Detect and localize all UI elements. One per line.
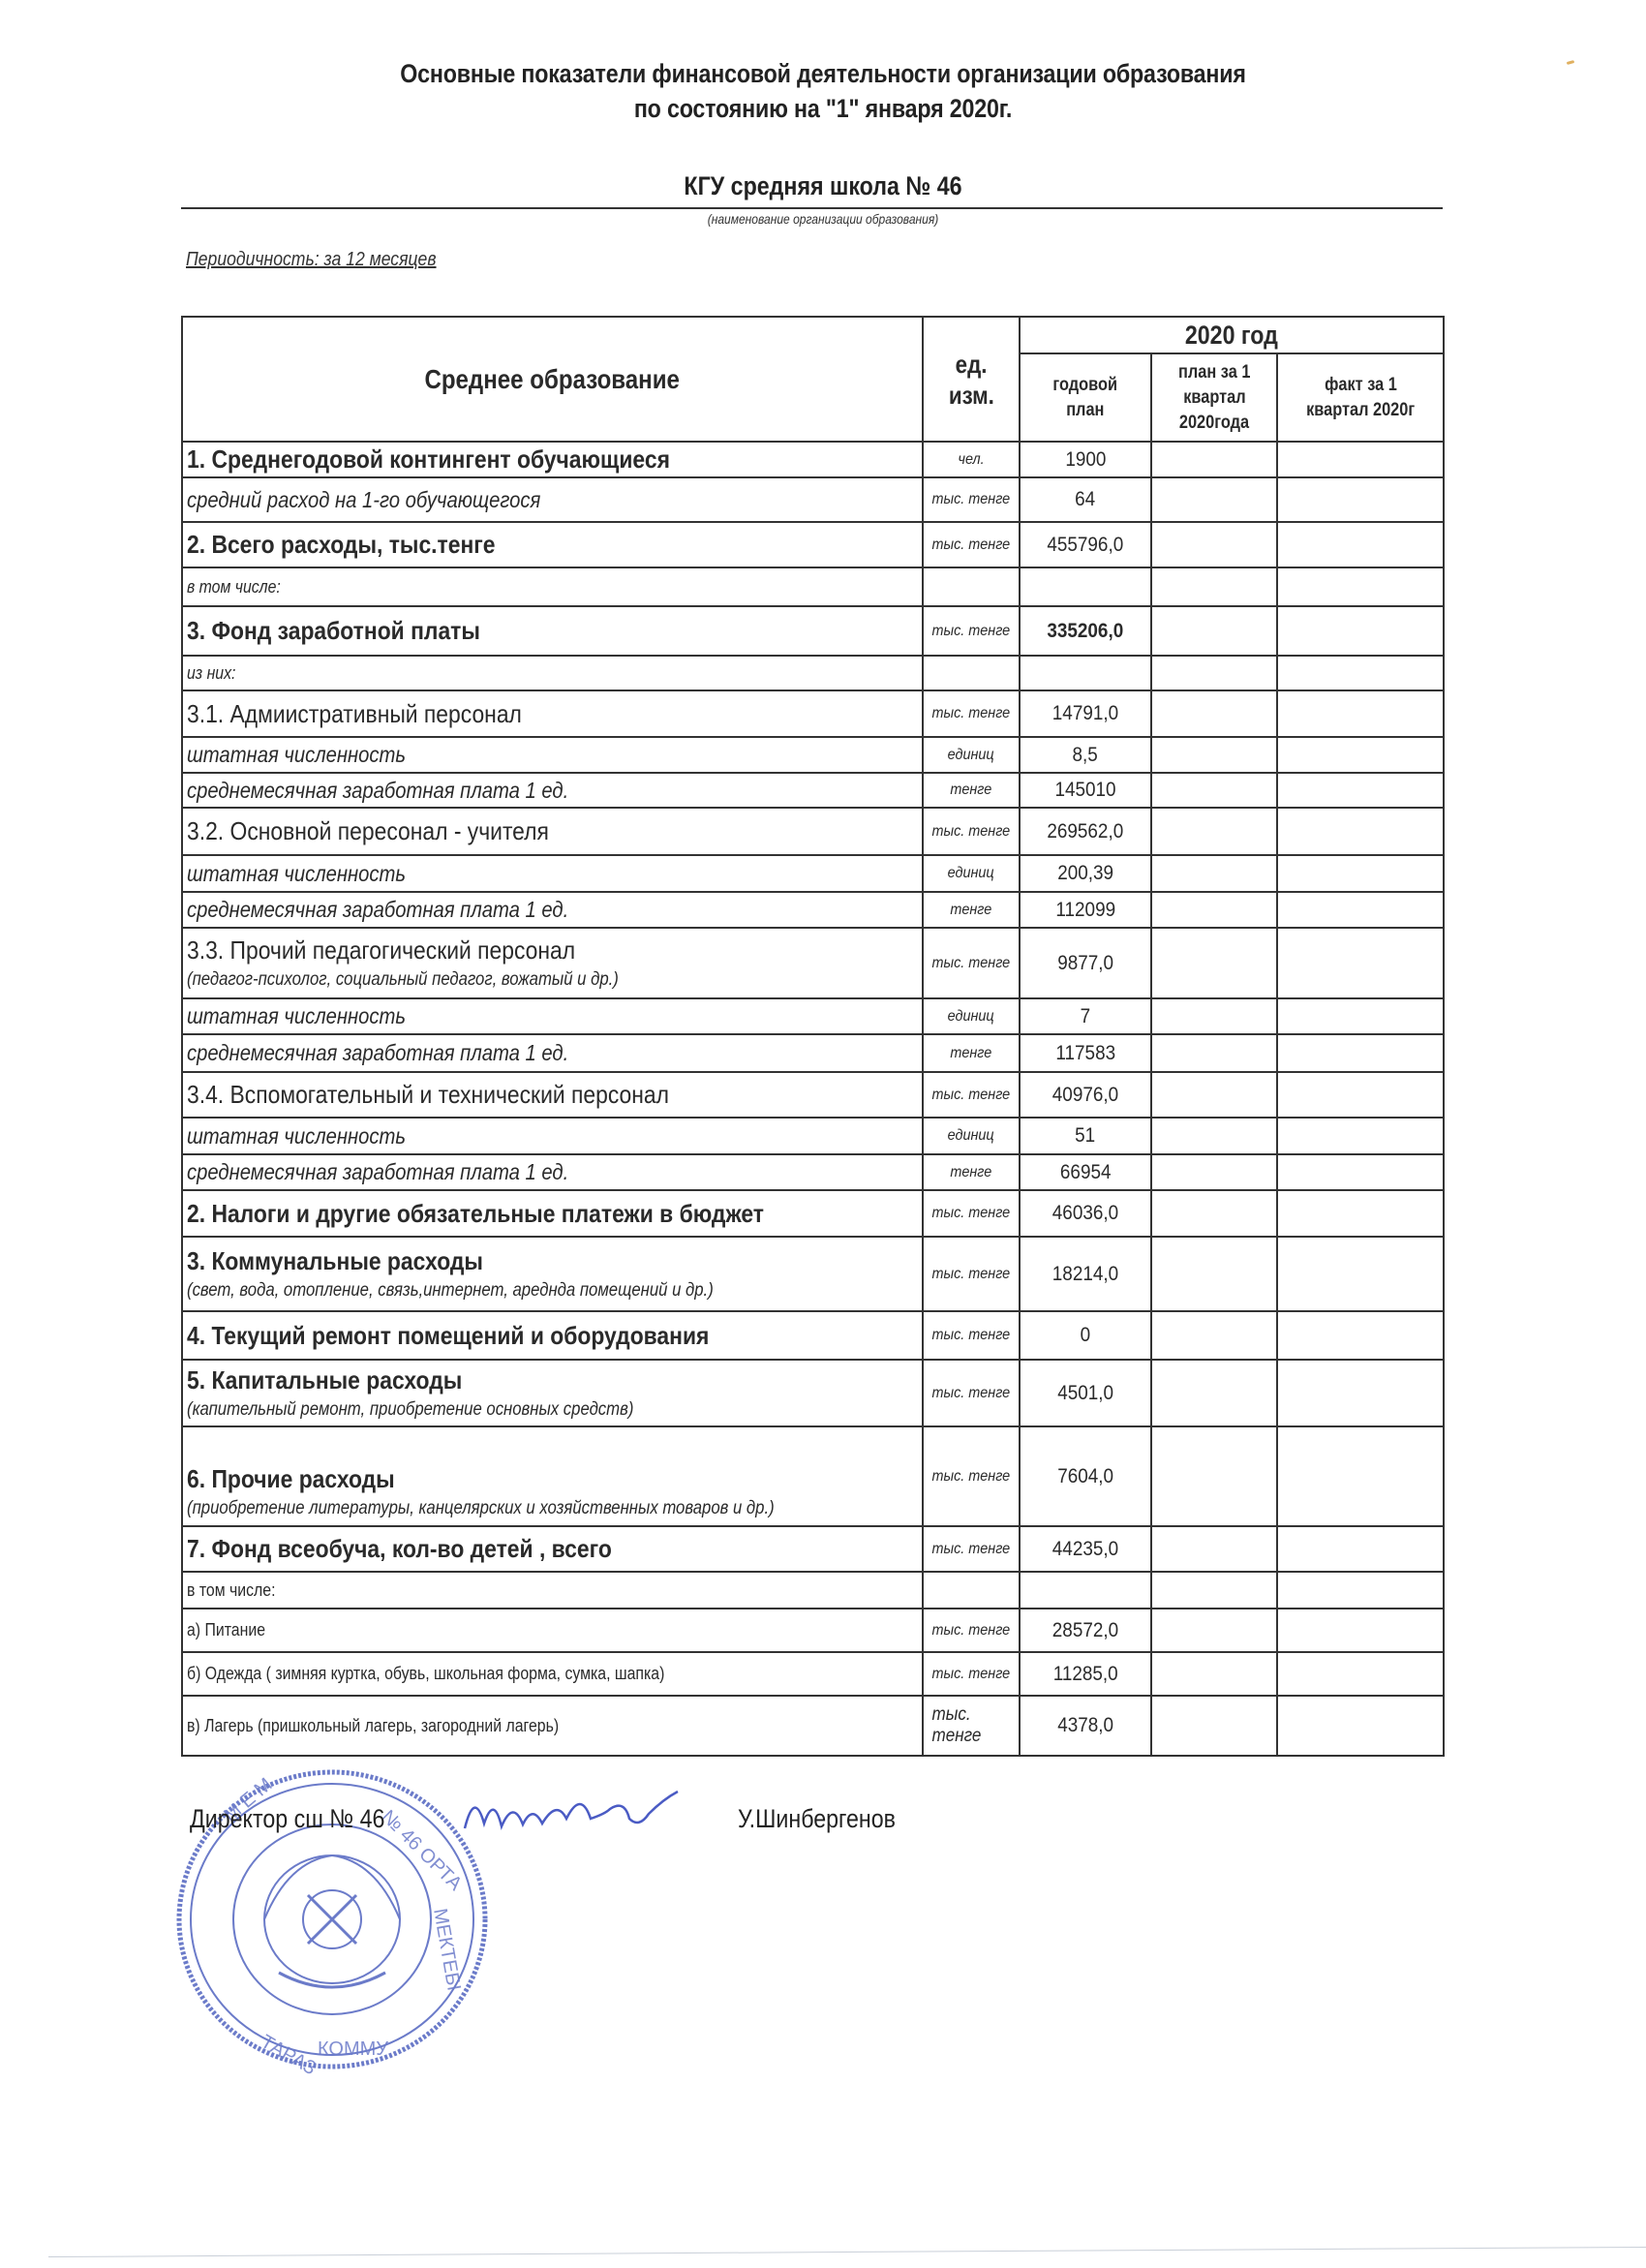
row-annual-plan: 0: [1020, 1311, 1151, 1360]
row-unit: тыс. тенге: [923, 928, 1020, 998]
table-row: 7. Фонд всеобуча, кол-во детей , всеготы…: [182, 1526, 1444, 1572]
row-unit: [923, 656, 1020, 690]
row-label: 3.1. Адмиистративный персонал: [187, 699, 522, 729]
row-name: 4. Текущий ремонт помещений и оборудован…: [182, 1311, 923, 1360]
row-label: б) Одежда ( зимняя куртка, обувь, школьн…: [187, 1664, 664, 1684]
row-annual-plan: 7604,0: [1020, 1426, 1151, 1526]
row-annual-plan: 9877,0: [1020, 928, 1151, 998]
row-q1-fact: [1277, 998, 1444, 1034]
row-name: 3.2. Основной пересонал - учителя: [182, 808, 923, 855]
row-unit: тыс. тенге: [923, 1237, 1020, 1311]
table-row: среднемесячная заработная плата 1 ед.тен…: [182, 773, 1444, 808]
row-unit: единиц: [923, 1118, 1020, 1154]
row-q1-fact: [1277, 567, 1444, 606]
table-row: 1. Среднегодовой контингент обучающиесяч…: [182, 442, 1444, 477]
row-label: в том числе:: [187, 1580, 275, 1601]
row-q1-plan: [1151, 690, 1277, 737]
row-q1-plan: [1151, 1360, 1277, 1426]
row-unit: тыс. тенге: [923, 1072, 1020, 1118]
row-name: среднемесячная заработная плата 1 ед.: [182, 1154, 923, 1190]
svg-text:КОММУ: КОММУ: [318, 2038, 388, 2060]
row-q1-fact: [1277, 1118, 1444, 1154]
row-label: средний расход на 1-го обучающегося: [187, 487, 540, 513]
row-q1-plan: [1151, 1072, 1277, 1118]
header-unit-col: ед.изм.: [923, 317, 1020, 442]
row-name: штатная численность: [182, 855, 923, 892]
table-row: штатная численностьединиц200,39: [182, 855, 1444, 892]
row-label: штатная численность: [187, 1003, 406, 1029]
table-row: 4. Текущий ремонт помещений и оборудован…: [182, 1311, 1444, 1360]
row-q1-fact: [1277, 1311, 1444, 1360]
row-q1-fact: [1277, 1526, 1444, 1572]
row-q1-plan: [1151, 1609, 1277, 1652]
row-q1-plan: [1151, 1237, 1277, 1311]
row-name: 1. Среднегодовой контингент обучающиеся: [182, 442, 923, 477]
row-label: 4. Текущий ремонт помещений и оборудован…: [187, 1321, 709, 1351]
row-name: в том числе:: [182, 1572, 923, 1609]
row-annual-plan: 44235,0: [1020, 1526, 1151, 1572]
table-row: в том числе:: [182, 567, 1444, 606]
row-q1-fact: [1277, 928, 1444, 998]
row-label: в том числе:: [187, 577, 281, 598]
table-row: б) Одежда ( зимняя куртка, обувь, школьн…: [182, 1652, 1444, 1696]
row-unit: тыс. тенге: [923, 1311, 1020, 1360]
row-annual-plan: 28572,0: [1020, 1609, 1151, 1652]
organization-underline: [181, 207, 1443, 209]
row-name: штатная численность: [182, 998, 923, 1034]
row-annual-plan: 40976,0: [1020, 1072, 1151, 1118]
row-label: среднемесячная заработная плата 1 ед.: [187, 897, 568, 923]
row-label: 3. Фонд заработной платы: [187, 616, 480, 646]
row-label: 6. Прочие расходы: [187, 1464, 395, 1494]
row-annual-plan: 7: [1020, 998, 1151, 1034]
row-label: в) Лагерь (пришкольный лагерь, загородни…: [187, 1716, 559, 1736]
row-q1-fact: [1277, 1360, 1444, 1426]
row-name: 3.1. Адмиистративный персонал: [182, 690, 923, 737]
row-name: среднемесячная заработная плата 1 ед.: [182, 892, 923, 928]
row-unit: тыс. тенге: [923, 1360, 1020, 1426]
row-label: а) Питание: [187, 1620, 265, 1640]
row-name: в том числе:: [182, 567, 923, 606]
row-name: среднемесячная заработная плата 1 ед.: [182, 773, 923, 808]
row-name: среднемесячная заработная плата 1 ед.: [182, 1034, 923, 1072]
header-year-group: 2020 год: [1020, 317, 1444, 353]
row-q1-plan: [1151, 892, 1277, 928]
row-annual-plan: 14791,0: [1020, 690, 1151, 737]
row-unit: тыс. тенге: [923, 690, 1020, 737]
row-q1-fact: [1277, 808, 1444, 855]
row-annual-plan: 4378,0: [1020, 1696, 1151, 1756]
row-unit: [923, 1572, 1020, 1609]
periodicity: Периодичность: за 12 месяцев: [186, 249, 437, 271]
table-row: 2. Налоги и другие обязательные платежи …: [182, 1190, 1444, 1237]
row-q1-fact: [1277, 477, 1444, 522]
row-label: 3.2. Основной пересонал - учителя: [187, 816, 549, 846]
row-q1-plan: [1151, 998, 1277, 1034]
row-label: штатная численность: [187, 861, 406, 887]
row-unit: тыс. тенге: [923, 606, 1020, 656]
row-q1-plan: [1151, 1311, 1277, 1360]
row-q1-fact: [1277, 1426, 1444, 1526]
organization-name: КГУ средняя школа № 46: [115, 171, 1531, 201]
row-unit: тыс. тенге: [923, 522, 1020, 567]
row-name: из них:: [182, 656, 923, 690]
row-unit: [923, 567, 1020, 606]
table-row: 6. Прочие расходы(приобретение литератур…: [182, 1426, 1444, 1526]
scan-edge-line: [48, 2247, 1646, 2257]
row-unit: тенге: [923, 1034, 1020, 1072]
table-row: 3.1. Адмиистративный персоналтыс. тенге1…: [182, 690, 1444, 737]
row-q1-plan: [1151, 1190, 1277, 1237]
row-name: 3. Коммунальные расходы(свет, вода, отоп…: [182, 1237, 923, 1311]
row-q1-fact: [1277, 1237, 1444, 1311]
table-row: 3.3. Прочий педагогический персонал(педа…: [182, 928, 1444, 998]
row-name: 2. Всего расходы, тыс.тенге: [182, 522, 923, 567]
row-unit: тенге: [923, 1154, 1020, 1190]
table-row: 3. Коммунальные расходы(свет, вода, отоп…: [182, 1237, 1444, 1311]
table-row: среднемесячная заработная плата 1 ед.тен…: [182, 1034, 1444, 1072]
row-name: штатная численность: [182, 1118, 923, 1154]
row-q1-fact: [1277, 855, 1444, 892]
row-annual-plan: 200,39: [1020, 855, 1151, 892]
document-title-line1: Основные показатели финансовой деятельно…: [115, 59, 1531, 89]
row-q1-plan: [1151, 1118, 1277, 1154]
row-q1-plan: [1151, 737, 1277, 773]
row-label: из них:: [187, 663, 235, 684]
row-annual-plan: 335206,0: [1020, 606, 1151, 656]
row-annual-plan: 269562,0: [1020, 808, 1151, 855]
row-label: 2. Всего расходы, тыс.тенге: [187, 530, 496, 560]
row-unit: тыс. тенге: [923, 1426, 1020, 1526]
svg-text:МЕКТЕБІ: МЕКТЕБІ: [429, 1907, 465, 1992]
row-label: 5. Капитальные расходы: [187, 1365, 462, 1395]
row-label: 3.4. Вспомогательный и технический персо…: [187, 1080, 669, 1110]
row-q1-fact: [1277, 1034, 1444, 1072]
row-label: 3. Коммунальные расходы: [187, 1246, 483, 1276]
table-row: штатная численностьединиц7: [182, 998, 1444, 1034]
row-q1-plan: [1151, 808, 1277, 855]
row-note: (приобретение литературы, канцелярских и…: [187, 1498, 830, 1519]
row-q1-fact: [1277, 606, 1444, 656]
row-q1-fact: [1277, 1072, 1444, 1118]
row-q1-plan: [1151, 855, 1277, 892]
row-label: 3.3. Прочий педагогический персонал: [187, 935, 575, 965]
table-row: среднемесячная заработная плата 1 ед.тен…: [182, 892, 1444, 928]
row-annual-plan: 46036,0: [1020, 1190, 1151, 1237]
row-q1-plan: [1151, 1652, 1277, 1696]
row-note: (капительный ремонт, приобретение основн…: [187, 1399, 830, 1421]
row-label: 7. Фонд всеобуча, кол-во детей , всего: [187, 1534, 612, 1564]
row-q1-plan: [1151, 1154, 1277, 1190]
table-row: 3. Фонд заработной платытыс. тенге335206…: [182, 606, 1444, 656]
row-name: средний расход на 1-го обучающегося: [182, 477, 923, 522]
row-label: среднемесячная заработная плата 1 ед.: [187, 1159, 568, 1185]
row-q1-fact: [1277, 1572, 1444, 1609]
row-name: а) Питание: [182, 1609, 923, 1652]
row-unit: чел.: [923, 442, 1020, 477]
row-name: 6. Прочие расходы(приобретение литератур…: [182, 1426, 923, 1526]
row-q1-fact: [1277, 892, 1444, 928]
row-name: 3.4. Вспомогательный и технический персо…: [182, 1072, 923, 1118]
row-name: б) Одежда ( зимняя куртка, обувь, школьн…: [182, 1652, 923, 1696]
row-name: 3. Фонд заработной платы: [182, 606, 923, 656]
row-unit: тыс. тенге: [923, 1190, 1020, 1237]
row-q1-fact: [1277, 1154, 1444, 1190]
row-q1-plan: [1151, 1572, 1277, 1609]
row-unit: тыс. тенге: [923, 808, 1020, 855]
row-q1-plan: [1151, 1426, 1277, 1526]
table-row: из них:: [182, 656, 1444, 690]
row-name: 2. Налоги и другие обязательные платежи …: [182, 1190, 923, 1237]
row-annual-plan: 8,5: [1020, 737, 1151, 773]
row-annual-plan: [1020, 567, 1151, 606]
director-name: У.Шинбергенов: [738, 1804, 896, 1834]
row-q1-fact: [1277, 1609, 1444, 1652]
row-unit: тыс. тенге: [923, 477, 1020, 522]
row-q1-fact: [1277, 690, 1444, 737]
row-q1-fact: [1277, 442, 1444, 477]
row-note: (свет, вода, отопление, связь,интернет, …: [187, 1280, 830, 1302]
row-q1-fact: [1277, 1652, 1444, 1696]
row-q1-plan: [1151, 1034, 1277, 1072]
row-unit: тыс. тенге: [923, 1696, 1020, 1756]
header-q1-fact: факт за 1квартал 2020г: [1277, 353, 1444, 442]
row-name: в) Лагерь (пришкольный лагерь, загородни…: [182, 1696, 923, 1756]
document-title-line2: по состоянию на "1" января 2020г.: [115, 94, 1531, 124]
table-row: в) Лагерь (пришкольный лагерь, загородни…: [182, 1696, 1444, 1756]
row-q1-fact: [1277, 1190, 1444, 1237]
row-annual-plan: 112099: [1020, 892, 1151, 928]
table-header-row: Среднее образование ед.изм. 2020 год: [182, 317, 1444, 353]
row-annual-plan: 51: [1020, 1118, 1151, 1154]
header-name-col: Среднее образование: [182, 317, 923, 442]
row-q1-fact: [1277, 1696, 1444, 1756]
table-row: средний расход на 1-го обучающегосятыс. …: [182, 477, 1444, 522]
row-annual-plan: 117583: [1020, 1034, 1151, 1072]
row-q1-plan: [1151, 606, 1277, 656]
table-row: среднемесячная заработная плата 1 ед.тен…: [182, 1154, 1444, 1190]
row-annual-plan: 11285,0: [1020, 1652, 1151, 1696]
row-label: среднемесячная заработная плата 1 ед.: [187, 778, 568, 804]
table-row: штатная численностьединиц8,5: [182, 737, 1444, 773]
row-annual-plan: [1020, 1572, 1151, 1609]
row-annual-plan: 18214,0: [1020, 1237, 1151, 1311]
table-row: штатная численностьединиц51: [182, 1118, 1444, 1154]
row-annual-plan: 66954: [1020, 1154, 1151, 1190]
row-q1-plan: [1151, 442, 1277, 477]
header-q1-plan: план за 1квартал2020года: [1151, 353, 1277, 442]
row-label: 1. Среднегодовой контингент обучающиеся: [187, 444, 670, 475]
organization-caption: (наименование организации образования): [115, 211, 1531, 227]
row-annual-plan: 64: [1020, 477, 1151, 522]
row-q1-plan: [1151, 773, 1277, 808]
handwritten-signature-icon: [455, 1780, 697, 1848]
director-title: Директор сш № 46: [190, 1804, 384, 1834]
row-q1-plan: [1151, 656, 1277, 690]
row-q1-plan: [1151, 477, 1277, 522]
row-q1-fact: [1277, 773, 1444, 808]
row-q1-fact: [1277, 737, 1444, 773]
row-annual-plan: [1020, 656, 1151, 690]
row-q1-plan: [1151, 928, 1277, 998]
row-q1-plan: [1151, 1526, 1277, 1572]
table-row: в том числе:: [182, 1572, 1444, 1609]
scan-speck: [1567, 60, 1575, 65]
row-q1-fact: [1277, 656, 1444, 690]
row-annual-plan: 145010: [1020, 773, 1151, 808]
row-annual-plan: 455796,0: [1020, 522, 1151, 567]
row-unit: единиц: [923, 998, 1020, 1034]
row-label: 2. Налоги и другие обязательные платежи …: [187, 1199, 764, 1229]
row-unit: единиц: [923, 855, 1020, 892]
row-label: среднемесячная заработная плата 1 ед.: [187, 1040, 568, 1066]
row-label: штатная численность: [187, 1123, 406, 1149]
row-label: штатная численность: [187, 742, 406, 768]
header-annual-plan: годовойплан: [1020, 353, 1151, 442]
row-unit: тыс. тенге: [923, 1526, 1020, 1572]
row-unit: тенге: [923, 892, 1020, 928]
table-row: 3.2. Основной пересонал - учителятыс. те…: [182, 808, 1444, 855]
row-q1-plan: [1151, 1696, 1277, 1756]
row-q1-plan: [1151, 567, 1277, 606]
row-name: 5. Капитальные расходы(капительный ремон…: [182, 1360, 923, 1426]
row-unit: единиц: [923, 737, 1020, 773]
table-row: 2. Всего расходы, тыс.тенгетыс. тенге455…: [182, 522, 1444, 567]
table-row: 3.4. Вспомогательный и технический персо…: [182, 1072, 1444, 1118]
row-name: 3.3. Прочий педагогический персонал(педа…: [182, 928, 923, 998]
row-unit: тыс. тенге: [923, 1609, 1020, 1652]
row-unit: тыс. тенге: [923, 1652, 1020, 1696]
row-annual-plan: 4501,0: [1020, 1360, 1151, 1426]
row-q1-plan: [1151, 522, 1277, 567]
row-annual-plan: 1900: [1020, 442, 1151, 477]
row-unit: тенге: [923, 773, 1020, 808]
row-name: штатная численность: [182, 737, 923, 773]
row-note: (педагог-психолог, социальный педагог, в…: [187, 969, 830, 991]
row-q1-fact: [1277, 522, 1444, 567]
table-row: а) Питаниетыс. тенге28572,0: [182, 1609, 1444, 1652]
row-name: 7. Фонд всеобуча, кол-во детей , всего: [182, 1526, 923, 1572]
financial-indicators-table: Среднее образование ед.изм. 2020 год год…: [181, 316, 1445, 1757]
table-row: 5. Капитальные расходы(капительный ремон…: [182, 1360, 1444, 1426]
